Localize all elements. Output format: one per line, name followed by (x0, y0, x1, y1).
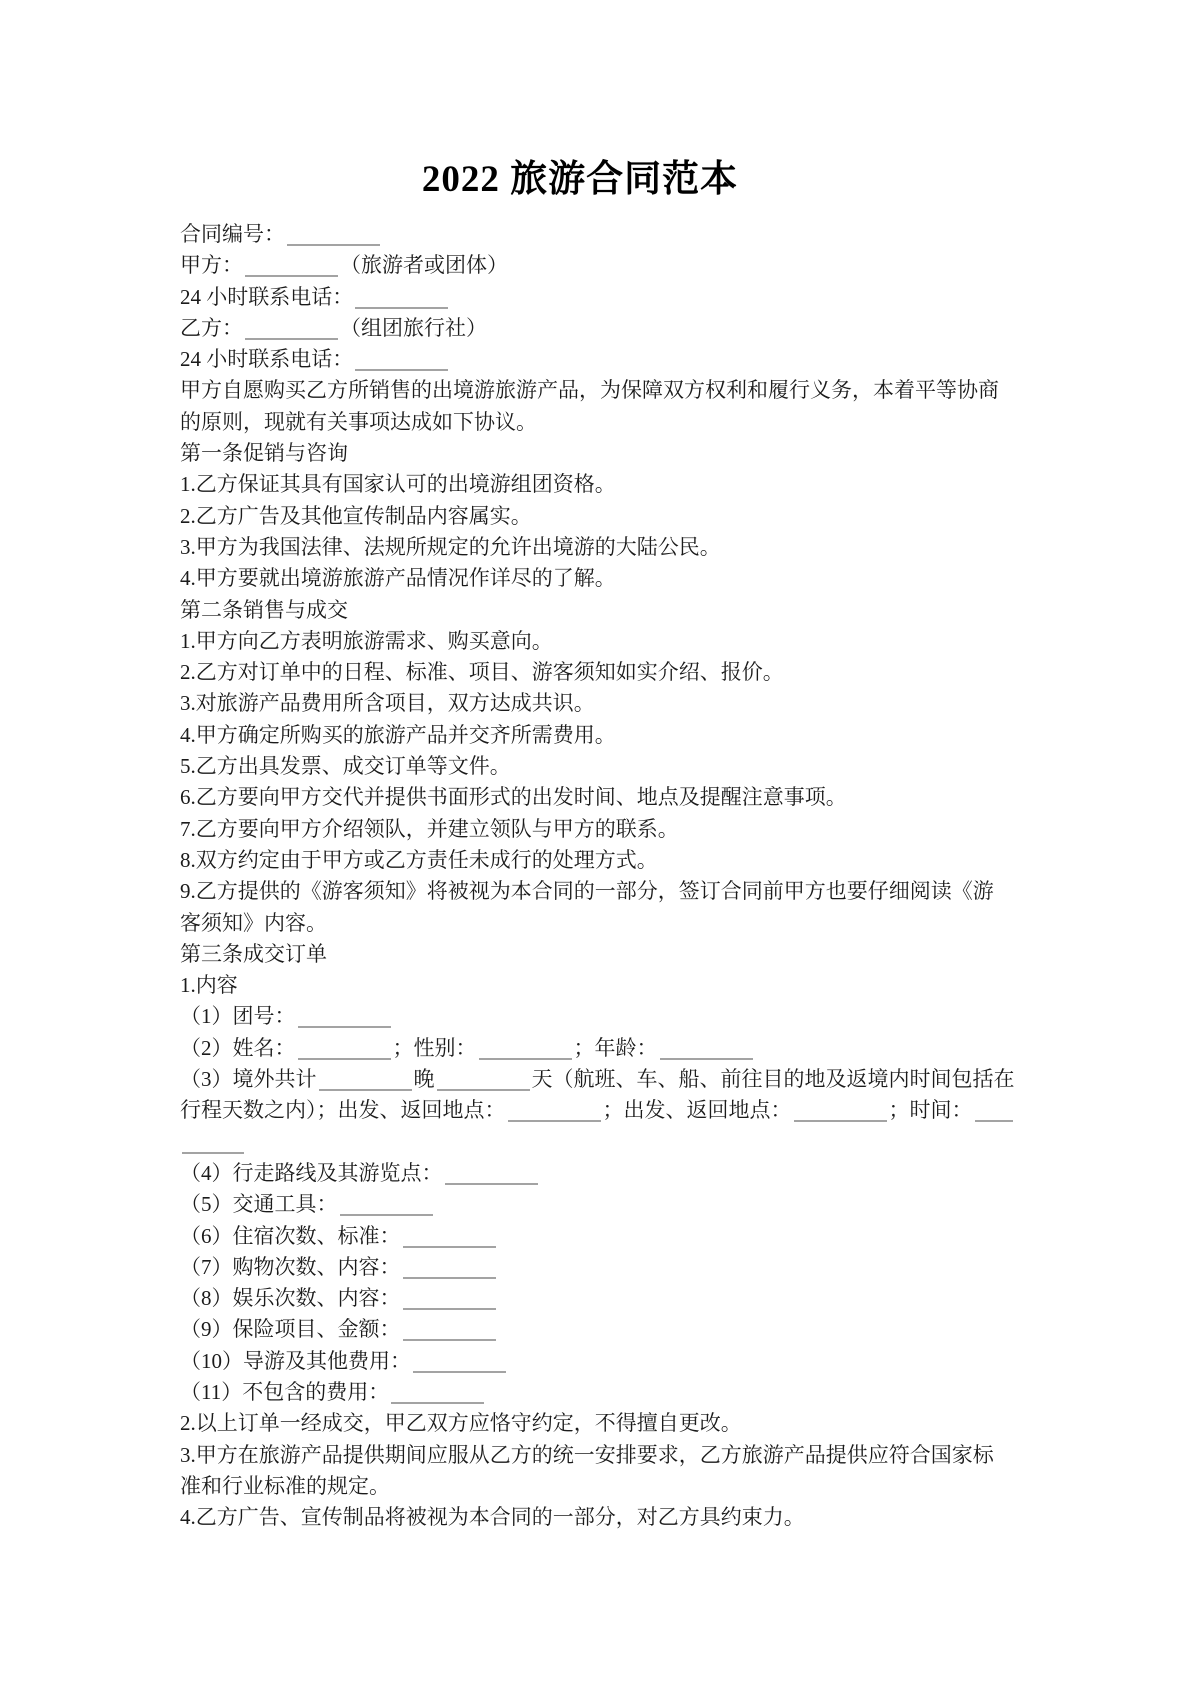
clause-line: 9.乙方提供的《游客须知》将被视为本合同的一部分，签订合同前甲方也要仔细阅读《游 (180, 876, 1040, 907)
line-text: （组团旅行社） (340, 316, 487, 340)
line-text: 乙方： (180, 316, 243, 340)
line-text: ；年龄： (574, 1036, 658, 1060)
line-text: （1）团号： (180, 1004, 296, 1028)
fill-in-blank (355, 307, 448, 309)
line-text: （8）娱乐次数、内容： (180, 1286, 401, 1310)
order-item-line: （10）导游及其他费用： (180, 1346, 1040, 1377)
fill-in-blank (660, 1058, 753, 1060)
document-body: 合同编号：甲方：（旅游者或团体）24 小时联系电话：乙方：（组团旅行社）24 小… (180, 219, 1040, 1533)
line-text: （2）姓名： (180, 1036, 296, 1060)
clause-line: 客须知》内容。 (180, 908, 1040, 939)
line-text: 甲方： (180, 253, 243, 277)
line-text: 天（航班、车、船、前往目的地及返境内时间包括在 (532, 1067, 1015, 1091)
fill-in-blank (413, 1371, 506, 1373)
clause-line: 2.以上订单一经成交，甲乙双方应恪守约定，不得擅自更改。 (180, 1408, 1040, 1439)
line-text: 3.甲方在旅游产品提供期间应服从乙方的统一安排要求，乙方旅游产品提供应符合国家标 (180, 1443, 994, 1467)
clause-line: 6.乙方要向甲方交代并提供书面形式的出发时间、地点及提醒注意事项。 (180, 782, 1040, 813)
order-item-line: （5）交通工具： (180, 1189, 1040, 1220)
clause-line: 3.对旅游产品费用所含项目，双方达成共识。 (180, 688, 1040, 719)
fill-in-blank (975, 1120, 1013, 1122)
article-2-heading: 第二条销售与成交 (180, 595, 1040, 626)
clause-line: 2.乙方广告及其他宣传制品内容属实。 (180, 501, 1040, 532)
clause-line: 4.甲方确定所购买的旅游产品并交齐所需费用。 (180, 720, 1040, 751)
article-1-heading: 第一条促销与咨询 (180, 438, 1040, 469)
line-text: 1.乙方保证其具有国家认可的出境游组团资格。 (180, 472, 616, 496)
clause-line: 准和行业标准的规定。 (180, 1471, 1040, 1502)
fill-in-blank (355, 369, 448, 371)
clause-line: 1.内容 (180, 970, 1040, 1001)
party-b-line: 乙方：（组团旅行社） (180, 313, 1040, 344)
clause-line: 8.双方约定由于甲方或乙方责任未成行的处理方式。 (180, 845, 1040, 876)
line-text: 2.乙方广告及其他宣传制品内容属实。 (180, 504, 532, 528)
order-item-line: （1）团号： (180, 1001, 1040, 1032)
fill-in-blank (403, 1277, 496, 1279)
clause-line: 4.甲方要就出境游旅游产品情况作详尽的了解。 (180, 563, 1040, 594)
line-text: 6.乙方要向甲方交代并提供书面形式的出发时间、地点及提醒注意事项。 (180, 785, 847, 809)
article-3-heading: 第三条成交订单 (180, 939, 1040, 970)
clause-line: 7.乙方要向甲方介绍领队，并建立领队与甲方的联系。 (180, 814, 1040, 845)
fill-in-blank (287, 244, 380, 246)
line-text: 第三条成交订单 (180, 942, 327, 966)
line-text: 第一条促销与咨询 (180, 441, 348, 465)
line-text: （6）住宿次数、标准： (180, 1224, 401, 1248)
contract-document-page: 2022 旅游合同范本 合同编号：甲方：（旅游者或团体）24 小时联系电话：乙方… (0, 0, 1190, 1683)
clause-line: 1.甲方向乙方表明旅游需求、购买意向。 (180, 626, 1040, 657)
order-item-line: （2）姓名：；性别：；年龄： (180, 1033, 1040, 1064)
line-text: 合同编号： (180, 222, 285, 246)
preamble-line-1: 甲方自愿购买乙方所销售的出境游旅游产品，为保障双方权利和履行义务，本着平等协商 (180, 375, 1040, 406)
line-text: 24 小时联系电话： (180, 285, 353, 309)
line-text: 准和行业标准的规定。 (180, 1474, 390, 1498)
line-text: 甲方自愿购买乙方所销售的出境游旅游产品，为保障双方权利和履行义务，本着平等协商 (180, 378, 999, 402)
line-text: 3.对旅游产品费用所含项目，双方达成共识。 (180, 691, 595, 715)
line-text: ；时间： (889, 1098, 973, 1122)
order-item-line: （3）境外共计晚天（航班、车、船、前往目的地及返境内时间包括在 (180, 1064, 1040, 1095)
order-item-line: （9）保险项目、金额： (180, 1314, 1040, 1345)
line-text: 客须知》内容。 (180, 911, 327, 935)
clause-line: 2.乙方对订单中的日程、标准、项目、游客须知如实介绍、报价。 (180, 657, 1040, 688)
clause-line: 3.甲方在旅游产品提供期间应服从乙方的统一安排要求，乙方旅游产品提供应符合国家标 (180, 1440, 1040, 1471)
order-item-line: （11）不包含的费用： (180, 1377, 1040, 1408)
line-text: （11）不包含的费用： (180, 1380, 389, 1404)
fill-in-blank (340, 1214, 433, 1216)
line-text: 8.双方约定由于甲方或乙方责任未成行的处理方式。 (180, 848, 658, 872)
clause-line: 5.乙方出具发票、成交订单等文件。 (180, 751, 1040, 782)
line-text: 2.乙方对订单中的日程、标准、项目、游客须知如实介绍、报价。 (180, 660, 784, 684)
preamble-line-2: 的原则，现就有关事项达成如下协议。 (180, 407, 1040, 438)
fill-in-blank (508, 1120, 601, 1122)
line-text: 2.以上订单一经成交，甲乙双方应恪守约定，不得擅自更改。 (180, 1411, 742, 1435)
line-text: 4.甲方确定所购买的旅游产品并交齐所需费用。 (180, 723, 616, 747)
fill-in-blank (298, 1026, 391, 1028)
line-text: 1.内容 (180, 973, 238, 997)
line-text: ；出发、返回地点： (603, 1098, 792, 1122)
fill-in-blank (319, 1089, 412, 1091)
fill-in-blank (245, 275, 338, 277)
line-text: 第二条销售与成交 (180, 598, 348, 622)
party-a-phone-line: 24 小时联系电话： (180, 282, 1040, 313)
line-text: （旅游者或团体） (340, 253, 508, 277)
line-text: 4.乙方广告、宣传制品将被视为本合同的一部分，对乙方具约束力。 (180, 1505, 805, 1529)
line-text: 的原则，现就有关事项达成如下协议。 (180, 410, 537, 434)
line-text: （5）交通工具： (180, 1192, 338, 1216)
line-text: 3.甲方为我国法律、法规所规定的允许出境游的大陆公民。 (180, 535, 721, 559)
order-item-line: （4）行走路线及其游览点： (180, 1158, 1040, 1189)
contract-number-line: 合同编号： (180, 219, 1040, 250)
fill-in-blank (182, 1152, 244, 1154)
clause-line: 3.甲方为我国法律、法规所规定的允许出境游的大陆公民。 (180, 532, 1040, 563)
line-text: （9）保险项目、金额： (180, 1317, 401, 1341)
fill-in-blank (245, 338, 338, 340)
line-text: （10）导游及其他费用： (180, 1349, 411, 1373)
order-item-line: （7）购物次数、内容： (180, 1252, 1040, 1283)
fill-in-blank (437, 1089, 530, 1091)
line-text: （3）境外共计 (180, 1067, 317, 1091)
clause-line: 4.乙方广告、宣传制品将被视为本合同的一部分，对乙方具约束力。 (180, 1502, 1040, 1533)
line-text: 1.甲方向乙方表明旅游需求、购买意向。 (180, 629, 553, 653)
order-item-line: 行程天数之内）；出发、返回地点：；出发、返回地点：；时间： (180, 1095, 1040, 1126)
fill-in-blank (403, 1339, 496, 1341)
party-b-phone-line: 24 小时联系电话： (180, 344, 1040, 375)
fill-in-blank (298, 1058, 391, 1060)
fill-in-blank (403, 1246, 496, 1248)
order-item-line: （6）住宿次数、标准： (180, 1221, 1040, 1252)
fill-in-blank (445, 1183, 538, 1185)
line-text: 晚 (414, 1067, 435, 1091)
line-text: 24 小时联系电话： (180, 347, 353, 371)
line-text: 7.乙方要向甲方介绍领队，并建立领队与甲方的联系。 (180, 817, 679, 841)
line-text: 5.乙方出具发票、成交订单等文件。 (180, 754, 511, 778)
line-text: 9.乙方提供的《游客须知》将被视为本合同的一部分，签订合同前甲方也要仔细阅读《游 (180, 879, 994, 903)
clause-line: 1.乙方保证其具有国家认可的出境游组团资格。 (180, 469, 1040, 500)
fill-in-blank (391, 1402, 484, 1404)
line-text: （4）行走路线及其游览点： (180, 1161, 443, 1185)
fill-in-blank (794, 1120, 887, 1122)
line-text: （7）购物次数、内容： (180, 1255, 401, 1279)
line-text: 4.甲方要就出境游旅游产品情况作详尽的了解。 (180, 566, 616, 590)
party-a-line: 甲方：（旅游者或团体） (180, 250, 1040, 281)
line-text: ；性别： (393, 1036, 477, 1060)
line-text: 行程天数之内）；出发、返回地点： (180, 1098, 506, 1122)
fill-in-blank (403, 1308, 496, 1310)
order-item-line: （8）娱乐次数、内容： (180, 1283, 1040, 1314)
document-title: 2022 旅游合同范本 (180, 156, 980, 204)
fill-in-blank (479, 1058, 572, 1060)
blank-continuation-line (180, 1127, 1040, 1158)
